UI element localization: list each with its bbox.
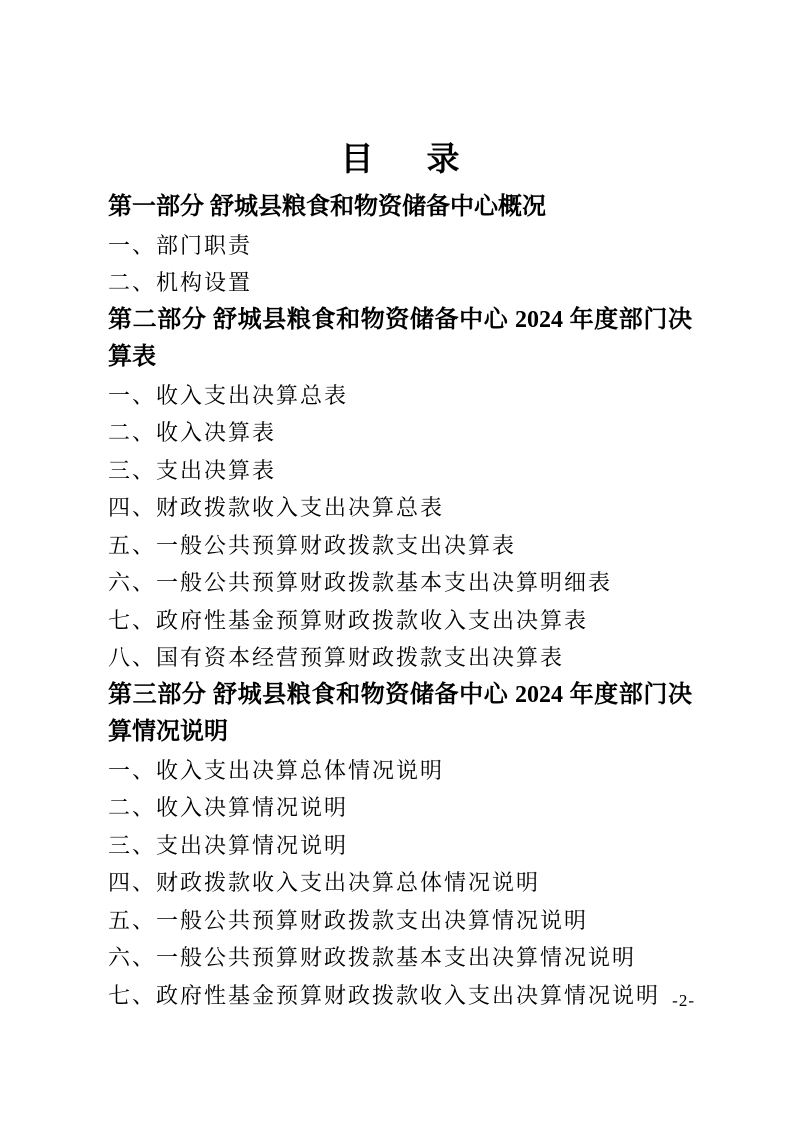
toc-item: 六、一般公共预算财政拨款基本支出决算情况说明 bbox=[108, 939, 692, 977]
page-number: -2- bbox=[672, 991, 695, 1011]
toc-item: 二、收入决算表 bbox=[108, 414, 692, 452]
toc-item: 七、政府性基金预算财政拨款收入支出决算表 bbox=[108, 602, 692, 640]
toc-section-1: 第一部分 舒城县粮食和物资储备中心概况 一、部门职责 二、机构设置 bbox=[108, 189, 692, 302]
toc-item: 五、一般公共预算财政拨款支出决算表 bbox=[108, 527, 692, 565]
toc-item: 一、部门职责 bbox=[108, 227, 692, 265]
toc-item: 二、机构设置 bbox=[108, 264, 692, 302]
toc-section-2: 第二部分 舒城县粮食和物资储备中心 2024 年度部门决算表 一、收入支出决算总… bbox=[108, 302, 692, 677]
toc-item: 七、政府性基金预算财政拨款收入支出决算情况说明 bbox=[108, 977, 692, 1015]
toc-item: 一、收入支出决算总表 bbox=[108, 377, 692, 415]
toc-item: 三、支出决算表 bbox=[108, 452, 692, 490]
toc-item: 八、国有资本经营预算财政拨款支出决算表 bbox=[108, 639, 692, 677]
toc-item: 五、一般公共预算财政拨款支出决算情况说明 bbox=[108, 902, 692, 940]
toc-item: 三、支出决算情况说明 bbox=[108, 827, 692, 865]
toc-item: 四、财政拨款收入支出决算总体情况说明 bbox=[108, 864, 692, 902]
toc-item: 六、一般公共预算财政拨款基本支出决算明细表 bbox=[108, 564, 692, 602]
toc-section-3: 第三部分 舒城县粮食和物资储备中心 2024 年度部门决算情况说明 一、收入支出… bbox=[108, 677, 692, 1015]
section-3-heading: 第三部分 舒城县粮食和物资储备中心 2024 年度部门决算情况说明 bbox=[108, 677, 692, 752]
table-of-contents: 目 录 第一部分 舒城县粮食和物资储备中心概况 一、部门职责 二、机构设置 第二… bbox=[108, 0, 692, 1014]
toc-item: 一、收入支出决算总体情况说明 bbox=[108, 752, 692, 790]
toc-item: 二、收入决算情况说明 bbox=[108, 789, 692, 827]
toc-item: 四、财政拨款收入支出决算总表 bbox=[108, 489, 692, 527]
section-2-heading: 第二部分 舒城县粮食和物资储备中心 2024 年度部门决算表 bbox=[108, 302, 692, 377]
section-1-heading: 第一部分 舒城县粮食和物资储备中心概况 bbox=[108, 189, 692, 227]
document-page: 目 录 第一部分 舒城县粮食和物资储备中心概况 一、部门职责 二、机构设置 第二… bbox=[0, 0, 793, 1122]
page-title: 目 录 bbox=[108, 0, 692, 182]
